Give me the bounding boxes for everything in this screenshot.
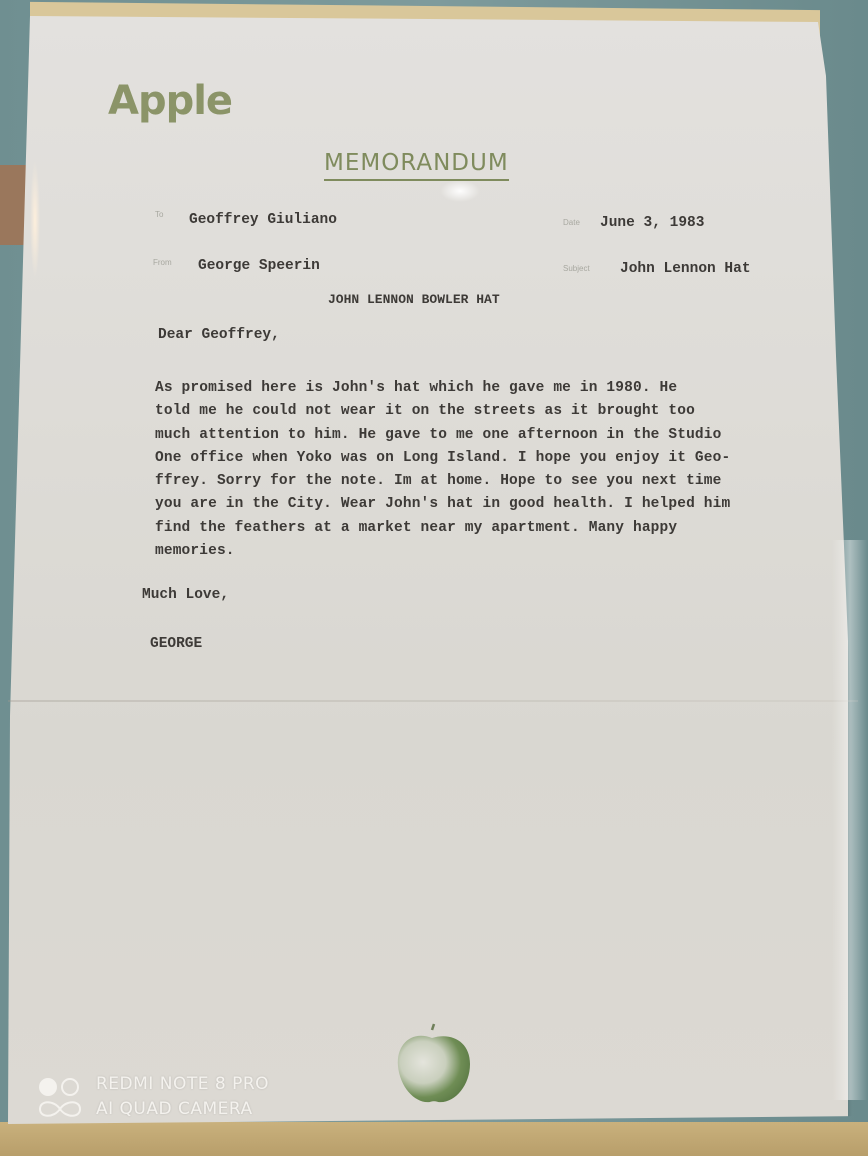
memo-paper (8, 16, 848, 1124)
body-line: memories. (155, 540, 835, 563)
body-line: One office when Yoko was on Long Island.… (155, 447, 835, 470)
closing: Much Love, (142, 587, 229, 603)
signature: GEORGE (150, 636, 202, 652)
subject-heading: JOHN LENNON BOWLER HAT (328, 292, 500, 307)
from-value: George Speerin (198, 258, 320, 274)
body-line: find the feathers at a market near my ap… (155, 517, 835, 540)
body-line: ffrey. Sorry for the note. Im at home. H… (155, 470, 835, 493)
to-label: To (155, 210, 163, 219)
folder-bottom-edge (0, 1122, 868, 1156)
salutation: Dear Geoffrey, (158, 327, 280, 343)
company-logo: Apple (108, 78, 232, 124)
body-line: As promised here is John's hat which he … (155, 377, 835, 400)
light-glare (440, 180, 480, 202)
body-line: much attention to him. He gave to me one… (155, 424, 835, 447)
light-glare (30, 160, 40, 280)
paper-fold-line (8, 700, 858, 702)
date-value: June 3, 1983 (600, 215, 704, 231)
camera-watermark: REDMI NOTE 8 PRO AI QUAD CAMERA (38, 1072, 269, 1122)
letter-body: As promised here is John's hat which he … (155, 377, 835, 563)
to-value: Geoffrey Giuliano (189, 212, 337, 228)
body-line: told me he could not wear it on the stre… (155, 400, 835, 423)
subject-label: Subject (563, 264, 590, 273)
watermark-model: REDMI NOTE 8 PRO (96, 1072, 269, 1097)
green-apple-icon (392, 1022, 474, 1108)
watermark-camera: AI QUAD CAMERA (96, 1097, 269, 1122)
memo-title: MEMORANDUM (324, 150, 509, 181)
camera-brand-icon (38, 1074, 82, 1120)
date-label: Date (563, 218, 580, 227)
subject-value: John Lennon Hat (620, 261, 751, 277)
body-line: you are in the City. Wear John's hat in … (155, 493, 835, 516)
from-label: From (153, 258, 172, 267)
plastic-sleeve-reflection (832, 540, 868, 1100)
